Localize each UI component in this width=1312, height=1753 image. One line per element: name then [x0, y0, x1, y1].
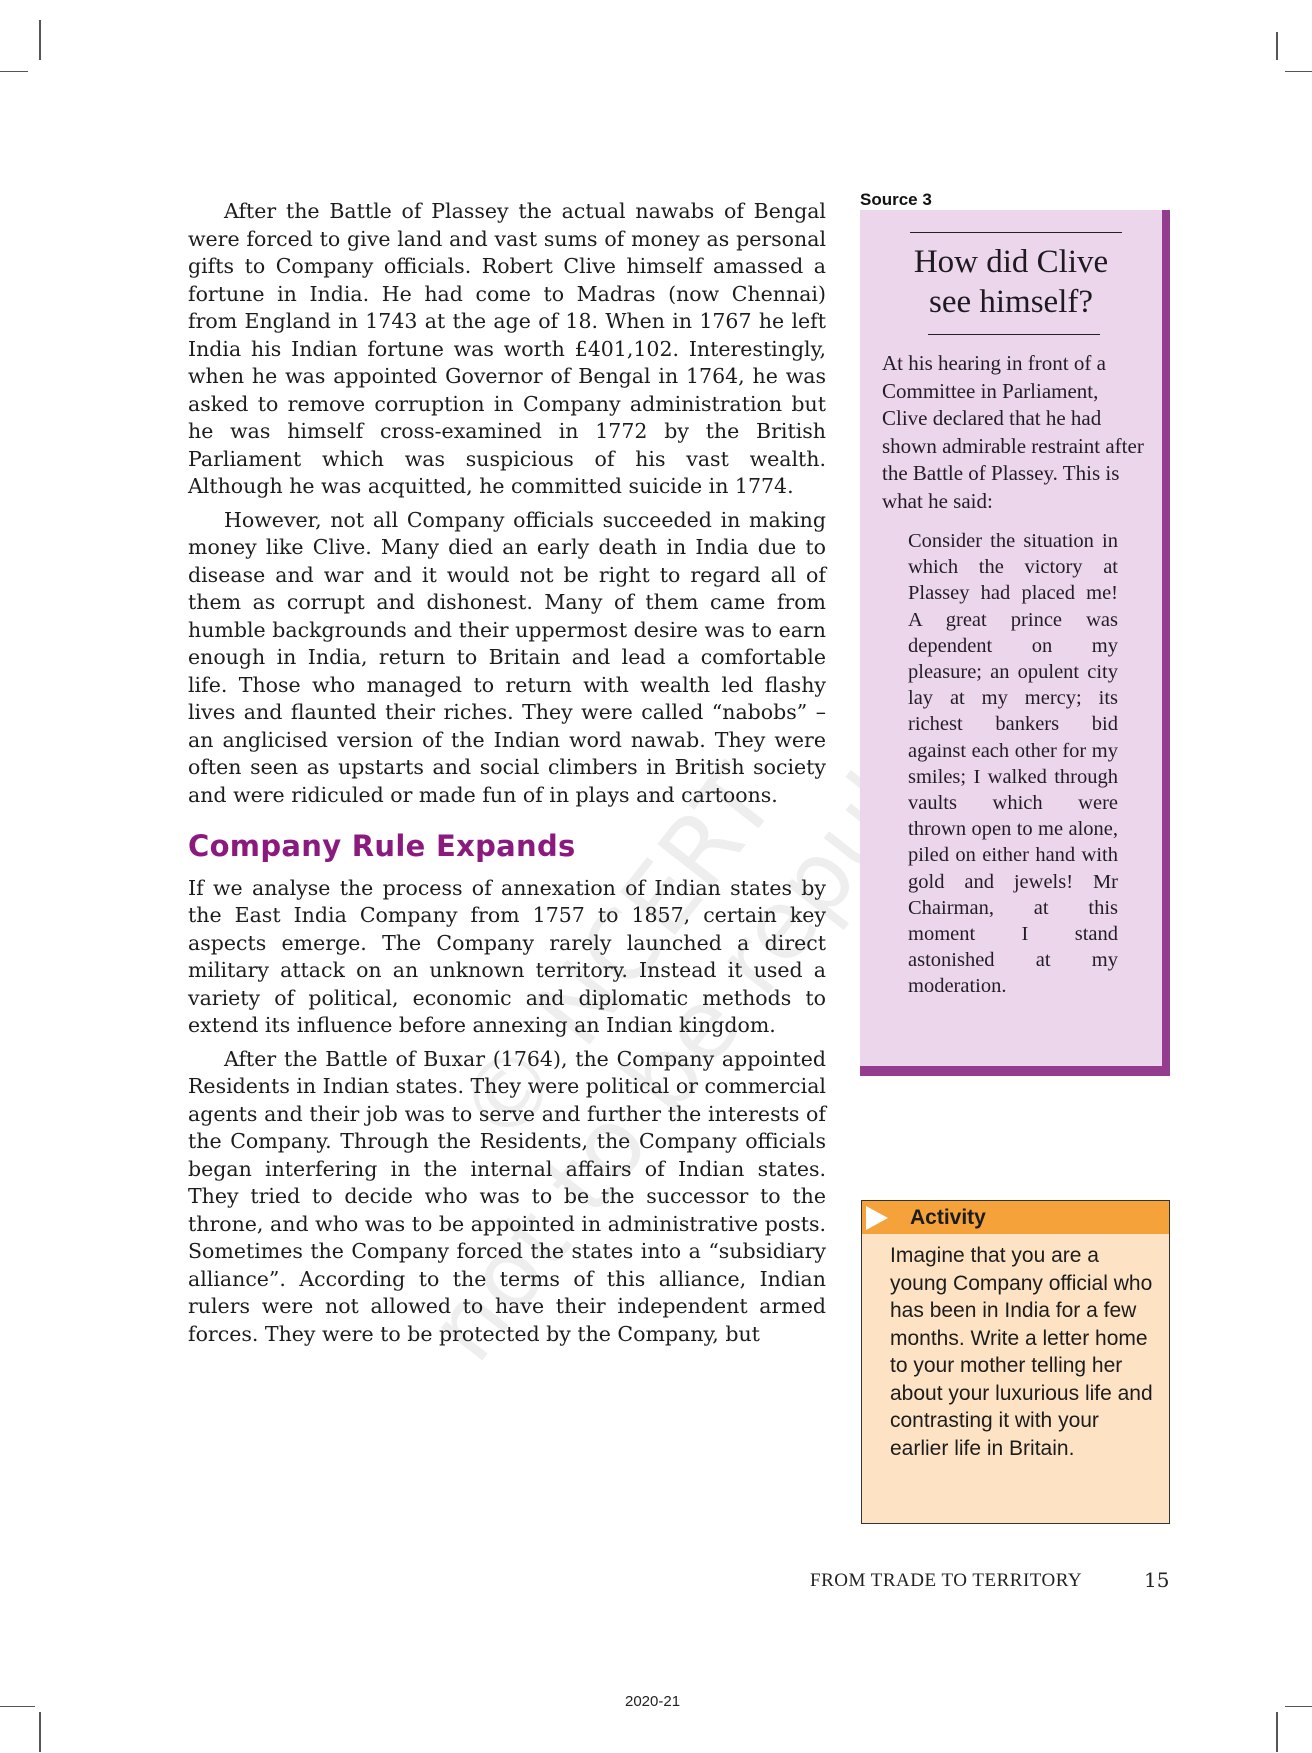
source-title-line: How did Clive: [860, 242, 1162, 282]
activity-box: Activity Imagine that you are a young Co…: [861, 1200, 1170, 1524]
source-box: How did Clive see himself? At his hearin…: [860, 210, 1170, 1076]
divider: [928, 334, 1100, 335]
crop-mark: [1285, 71, 1312, 72]
main-text-column: After the Battle of Plassey the actual n…: [188, 198, 826, 1354]
paragraph: After the Battle of Buxar (1764), the Co…: [188, 1046, 826, 1349]
crop-mark: [1285, 1706, 1312, 1707]
crop-mark: [0, 71, 28, 72]
section-heading: Company Rule Expands: [188, 833, 826, 861]
paragraph: If we analyse the process of annexation …: [188, 875, 826, 1040]
edition-year: 2020-21: [625, 1693, 680, 1710]
divider: [910, 232, 1122, 233]
crop-mark: [1276, 32, 1278, 60]
crop-mark: [1276, 1712, 1278, 1752]
crop-mark: [39, 1712, 41, 1752]
crop-mark: [39, 20, 41, 60]
activity-body: Imagine that you are a young Company off…: [862, 1234, 1169, 1462]
source-title-line: see himself?: [860, 282, 1162, 322]
crop-mark: [0, 1706, 35, 1707]
page-number: 15: [1144, 1568, 1169, 1592]
activity-title: Activity: [910, 1206, 986, 1230]
source-quote: Consider the situation in which the vict…: [908, 528, 1118, 1000]
source-title: How did Clive see himself?: [860, 242, 1162, 322]
source-label: Source 3: [860, 190, 932, 210]
activity-header: Activity: [862, 1201, 1169, 1234]
running-footer-title: FROM TRADE TO TERRITORY: [810, 1570, 1082, 1592]
paragraph: However, not all Company officials succe…: [188, 507, 826, 810]
paragraph: After the Battle of Plassey the actual n…: [188, 198, 826, 501]
arrow-right-icon: [866, 1206, 888, 1230]
source-intro: At his hearing in front of a Committee i…: [882, 350, 1144, 515]
